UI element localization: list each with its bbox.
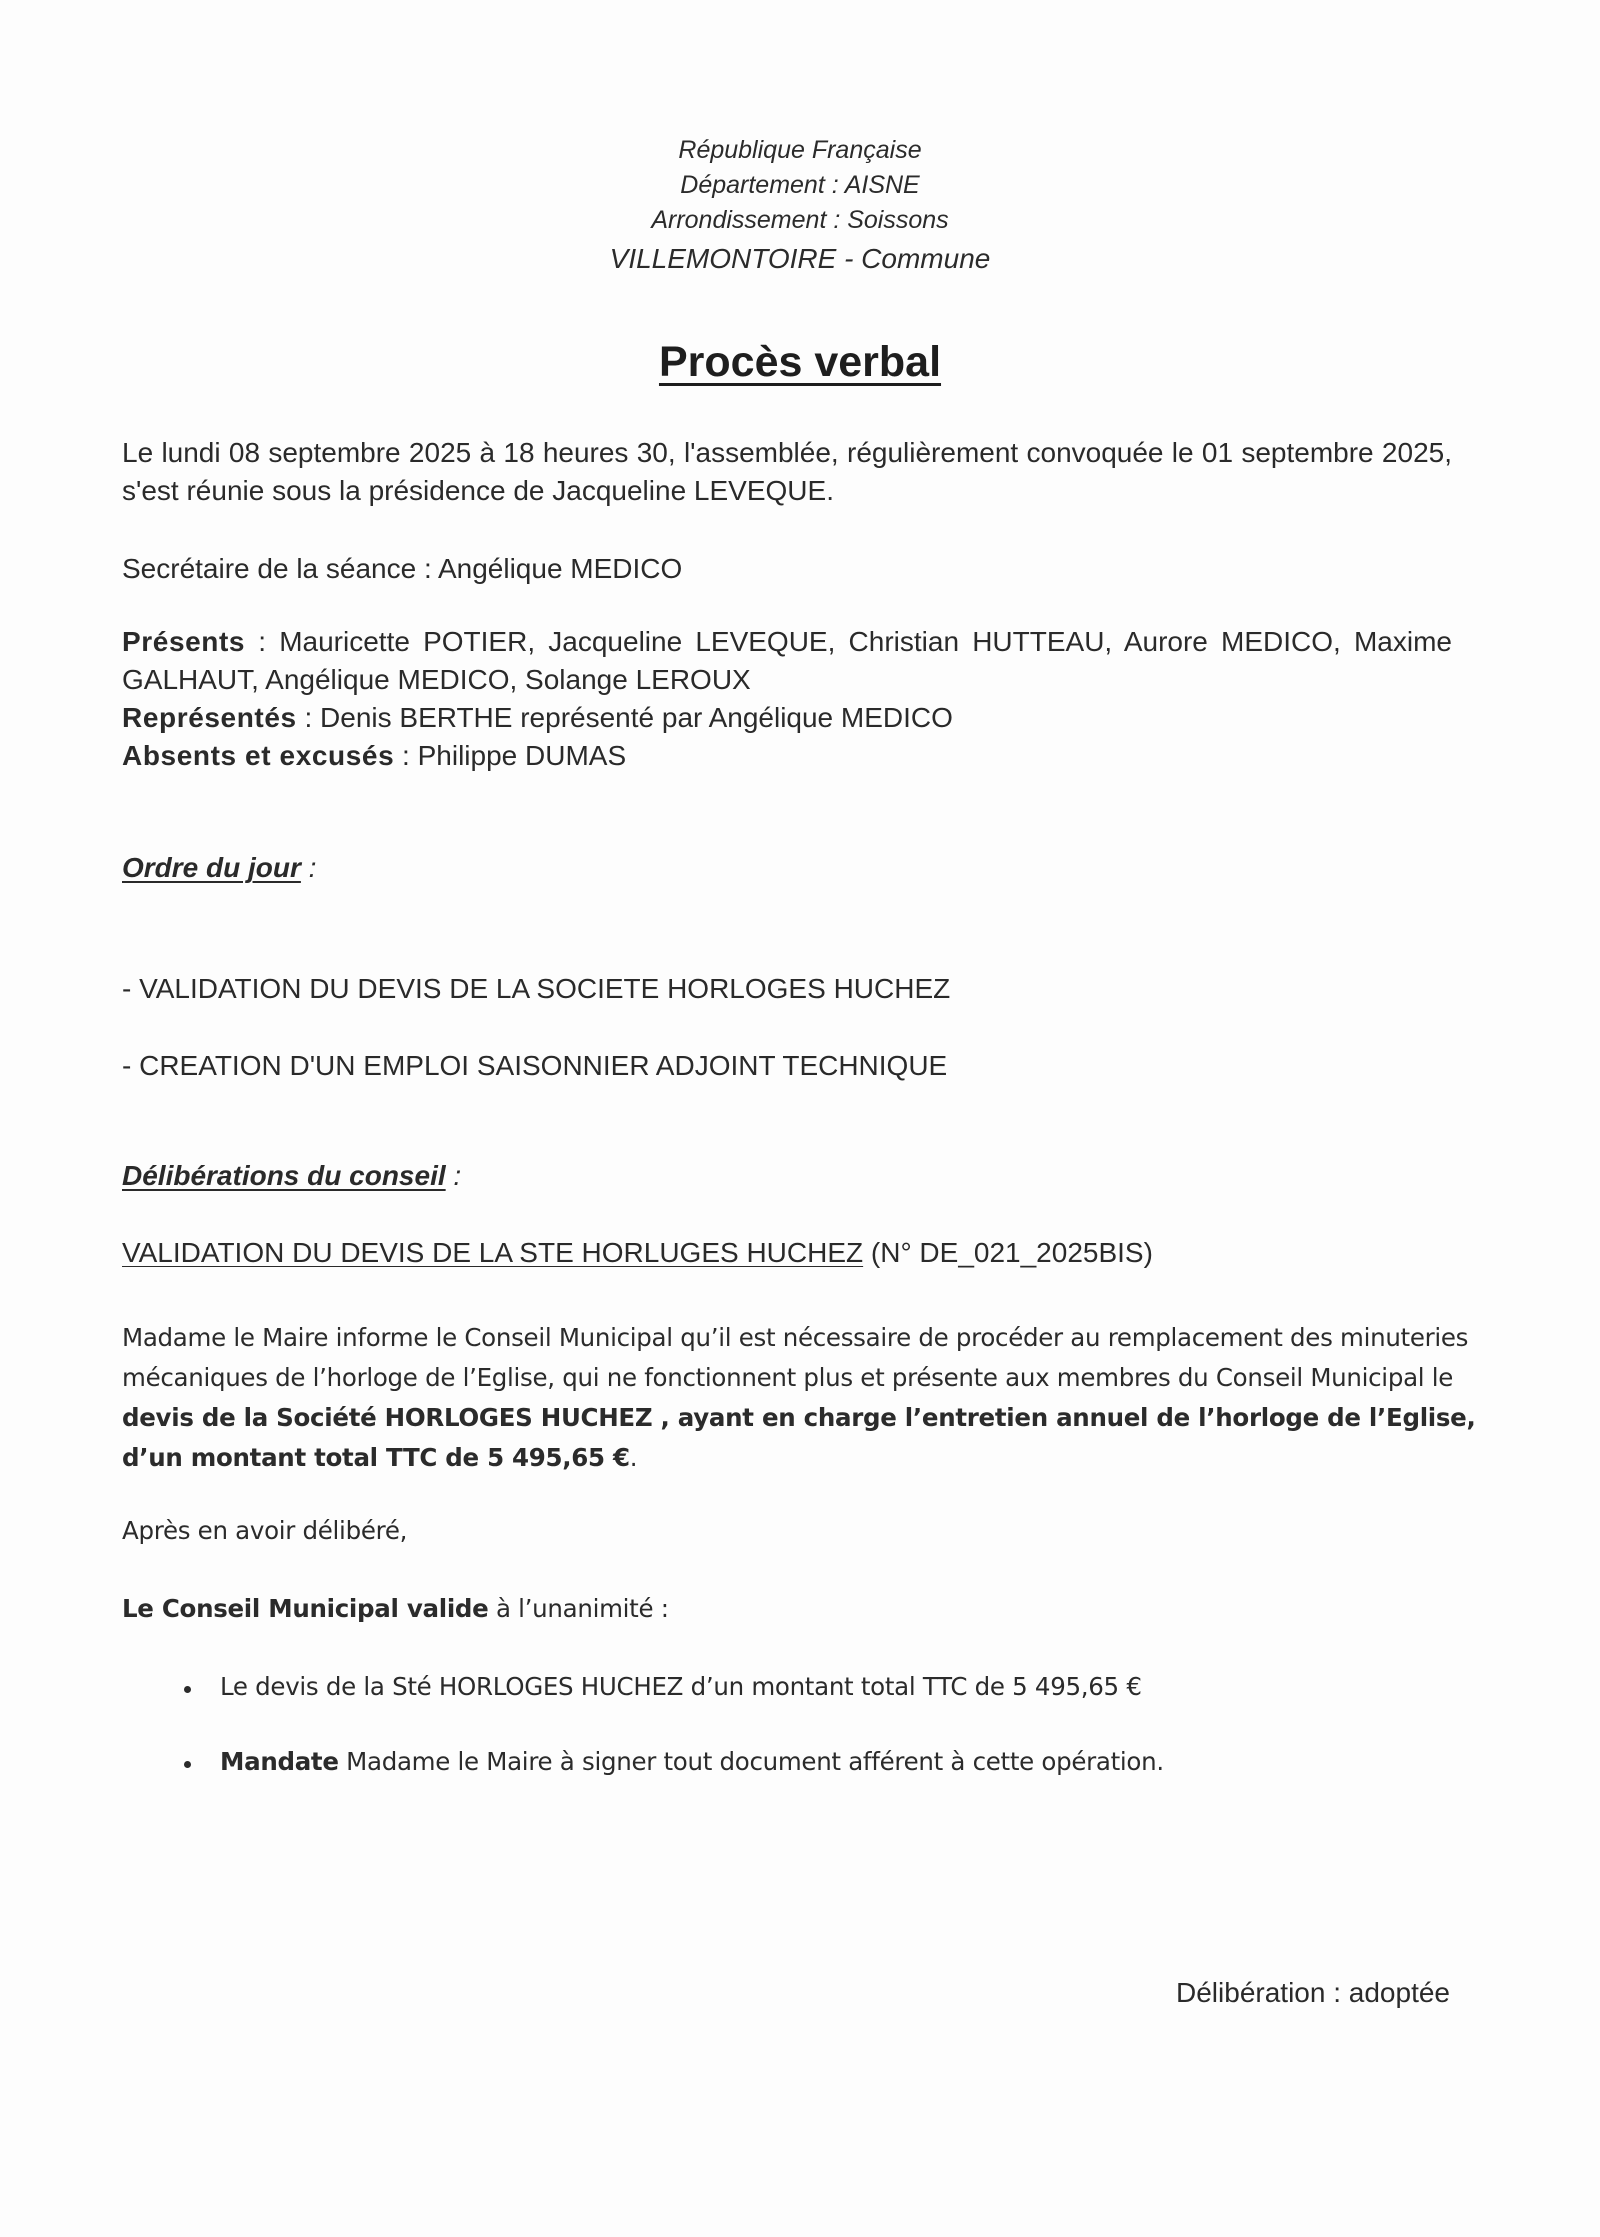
apres-deliberation-line: Après en avoir délibéré, — [122, 1516, 1452, 1545]
document-page: République Française Département : AISNE… — [0, 0, 1600, 2237]
presents-line: Présents : Mauricette POTIER, Jacqueline… — [122, 623, 1452, 699]
deliberation-title-text: VALIDATION DU DEVIS DE LA STE HORLUGES H… — [122, 1237, 863, 1268]
deliberation-title: VALIDATION DU DEVIS DE LA STE HORLUGES H… — [122, 1237, 1452, 1269]
deliberation-result: Délibération : adoptée — [1176, 1977, 1450, 2009]
decision-bullet: Le devis de la Sté HORLOGES HUCHEZ d’un … — [180, 1672, 1380, 1701]
representes-line: Représentés : Denis BERTHE représenté pa… — [122, 699, 1452, 737]
header-arrondissement: Arrondissement : Soissons — [0, 203, 1600, 238]
absents-value: : Philippe DUMAS — [394, 740, 626, 771]
body-bold-text: devis de la Société HORLOGES HUCHEZ , ay… — [122, 1403, 1476, 1472]
presents-label: Présents — [122, 626, 245, 657]
document-header: République Française Département : AISNE… — [0, 133, 1600, 278]
ordre-du-jour-heading: Ordre du jour : — [122, 852, 1452, 884]
attendance-block: Présents : Mauricette POTIER, Jacqueline… — [122, 623, 1452, 775]
deliberation-body: Madame le Maire informe le Conseil Munic… — [122, 1318, 1482, 1478]
page-title-text: Procès verbal — [659, 338, 941, 386]
page-title: Procès verbal — [0, 338, 1600, 387]
conseil-decision-line: Le Conseil Municipal valide à l’unanimit… — [122, 1594, 1452, 1623]
representes-label: Représentés — [122, 702, 297, 733]
bullet-text: Madame le Maire à signer tout document a… — [339, 1747, 1164, 1776]
secretaire-line: Secrétaire de la séance : Angélique MEDI… — [122, 553, 1452, 585]
deliberation-reference: (N° DE_021_2025BIS) — [863, 1237, 1153, 1268]
deliberations-colon: : — [446, 1160, 462, 1191]
absents-label: Absents et excusés — [122, 740, 394, 771]
conseil-bold: Le Conseil Municipal valide — [122, 1594, 488, 1623]
ordre-item: - CREATION D'UN EMPLOI SAISONNIER ADJOIN… — [122, 1050, 1452, 1082]
header-commune: VILLEMONTOIRE - Commune — [0, 240, 1600, 278]
decision-bullet: Mandate Madame le Maire à signer tout do… — [180, 1747, 1380, 1776]
conseil-rest: à l’unanimité : — [488, 1594, 668, 1623]
deliberations-heading-text: Délibérations du conseil — [122, 1160, 446, 1191]
representes-value: : Denis BERTHE représenté par Angélique … — [297, 702, 953, 733]
ordre-item: - VALIDATION DU DEVIS DE LA SOCIETE HORL… — [122, 973, 1452, 1005]
bullet-text: Le devis de la Sté HORLOGES HUCHEZ d’un … — [220, 1672, 1142, 1701]
intro-paragraph: Le lundi 08 septembre 2025 à 18 heures 3… — [122, 434, 1452, 510]
ordre-du-jour-colon: : — [301, 852, 317, 883]
decision-bullet-list: Le devis de la Sté HORLOGES HUCHEZ d’un … — [180, 1672, 1380, 1776]
header-republique: République Française — [0, 133, 1600, 168]
body-end: . — [630, 1443, 638, 1472]
absents-line: Absents et excusés : Philippe DUMAS — [122, 737, 1452, 775]
bullet-bold: Mandate — [220, 1747, 339, 1776]
deliberations-heading: Délibérations du conseil : — [122, 1160, 1452, 1192]
ordre-du-jour-heading-text: Ordre du jour — [122, 852, 301, 883]
presents-value: : Mauricette POTIER, Jacqueline LEVEQUE,… — [122, 626, 1452, 695]
body-text: Madame le Maire informe le Conseil Munic… — [122, 1323, 1468, 1392]
header-departement: Département : AISNE — [0, 168, 1600, 203]
